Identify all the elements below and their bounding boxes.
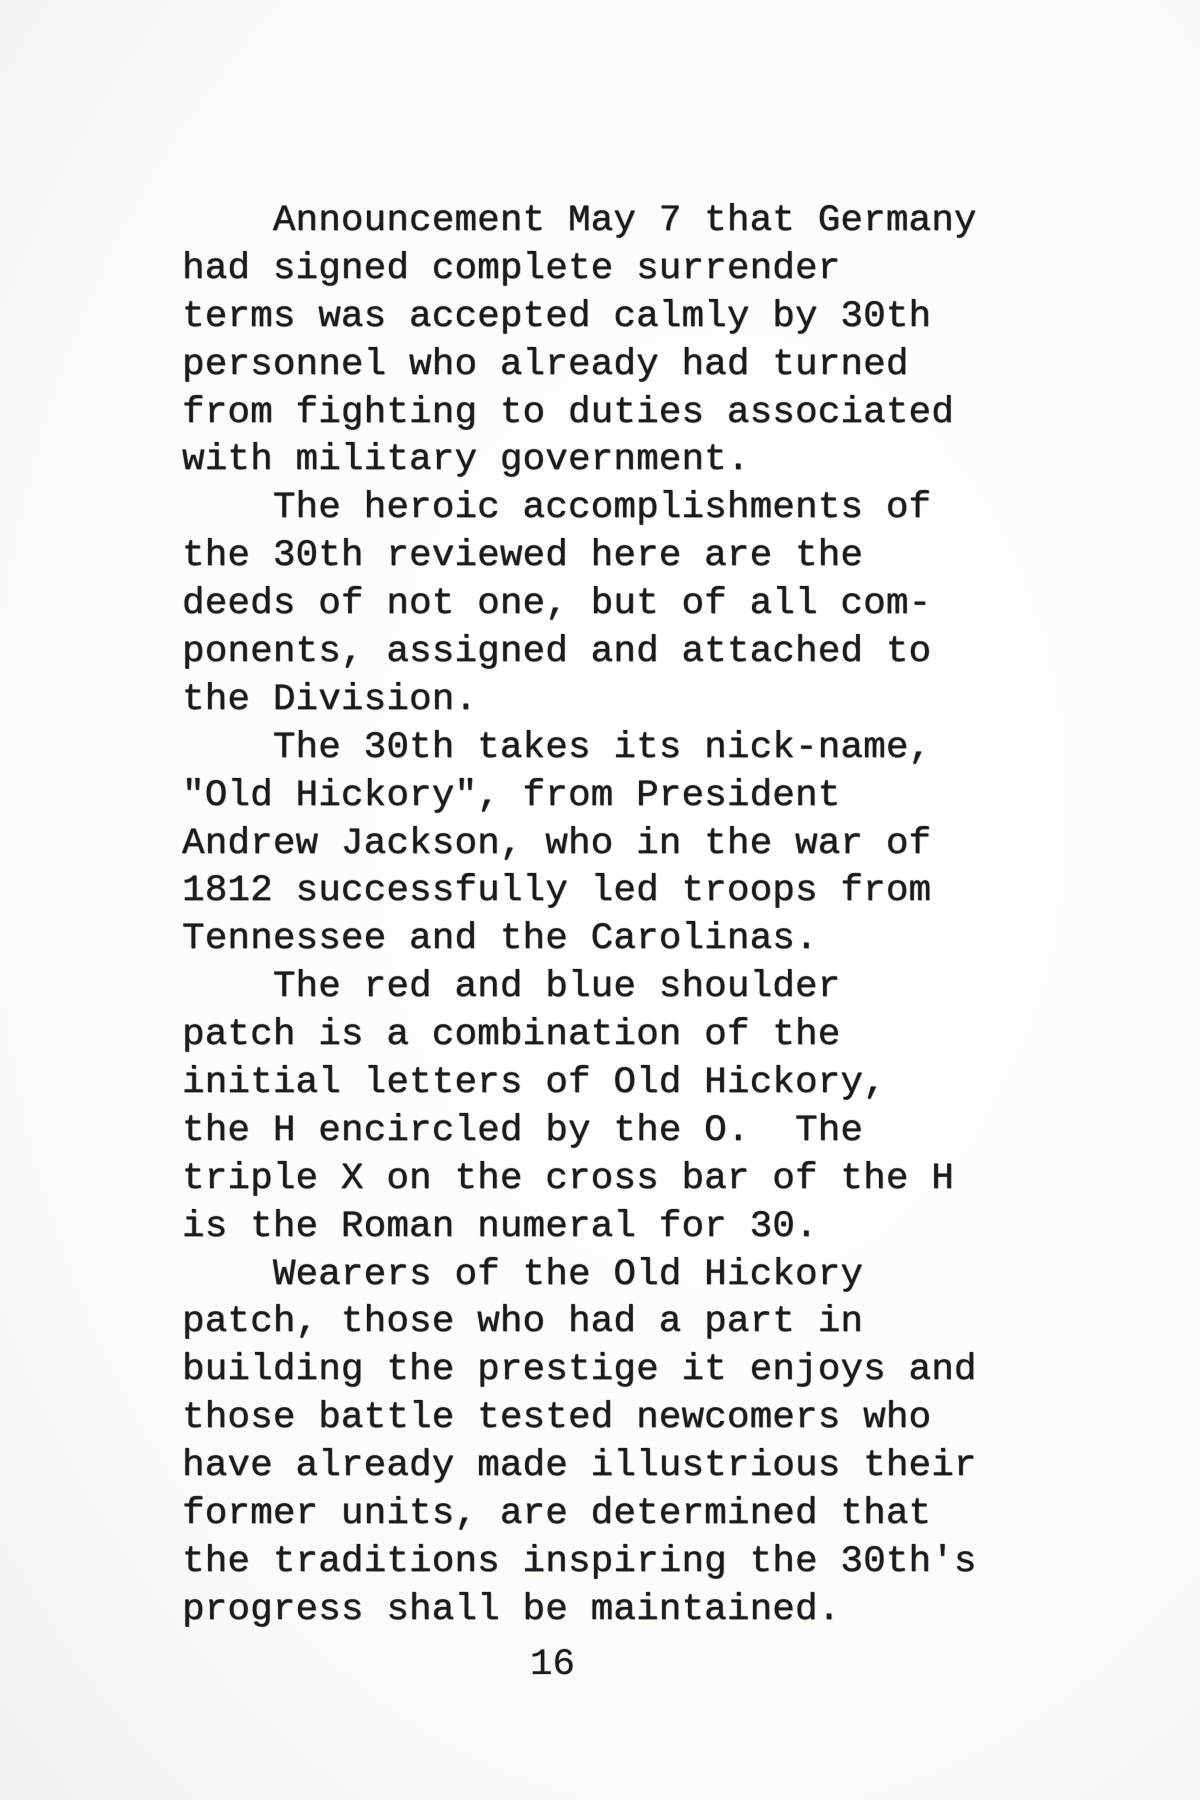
text-line: had signed complete surrender <box>182 246 1082 294</box>
text-line: the 30th reviewed here are the <box>182 533 1082 581</box>
text-line: deeds of not one, but of all com- <box>182 581 1082 629</box>
text-line: building the prestige it enjoys and <box>182 1347 1082 1395</box>
text-line: have already made illustrious their <box>182 1443 1082 1491</box>
text-line: 1812 successfully led troops from <box>182 868 1082 916</box>
typewritten-text: Announcement May 7 that Germanyhad signe… <box>182 198 1082 1635</box>
text-line: Announcement May 7 that Germany <box>182 198 1082 246</box>
page-number: 16 <box>530 1644 575 1686</box>
text-line: The red and blue shoulder <box>182 964 1082 1012</box>
text-line: those battle tested newcomers who <box>182 1395 1082 1443</box>
text-line: from fighting to duties associated <box>182 390 1082 438</box>
text-line: "Old Hickory", from President <box>182 773 1082 821</box>
text-line: the H encircled by the O. The <box>182 1108 1082 1156</box>
text-line: the Division. <box>182 677 1082 725</box>
text-line: is the Roman numeral for 30. <box>182 1204 1082 1252</box>
text-line: The 30th takes its nick-name, <box>182 725 1082 773</box>
text-line: terms was accepted calmly by 30th <box>182 294 1082 342</box>
text-line: initial letters of Old Hickory, <box>182 1060 1082 1108</box>
text-line: triple X on the cross bar of the H <box>182 1156 1082 1204</box>
text-line: Tennessee and the Carolinas. <box>182 916 1082 964</box>
text-line: Wearers of the Old Hickory <box>182 1252 1082 1300</box>
text-line: ponents, assigned and attached to <box>182 629 1082 677</box>
text-line: personnel who already had turned <box>182 342 1082 390</box>
text-line: patch, those who had a part in <box>182 1299 1082 1347</box>
text-line: Andrew Jackson, who in the war of <box>182 821 1082 869</box>
text-line: the traditions inspiring the 30th's <box>182 1539 1082 1587</box>
document-page: Announcement May 7 that Germanyhad signe… <box>0 0 1200 1800</box>
text-line: progress shall be maintained. <box>182 1587 1082 1635</box>
text-line: The heroic accomplishments of <box>182 485 1082 533</box>
text-line: former units, are determined that <box>182 1491 1082 1539</box>
text-line: patch is a combination of the <box>182 1012 1082 1060</box>
text-line: with military government. <box>182 437 1082 485</box>
